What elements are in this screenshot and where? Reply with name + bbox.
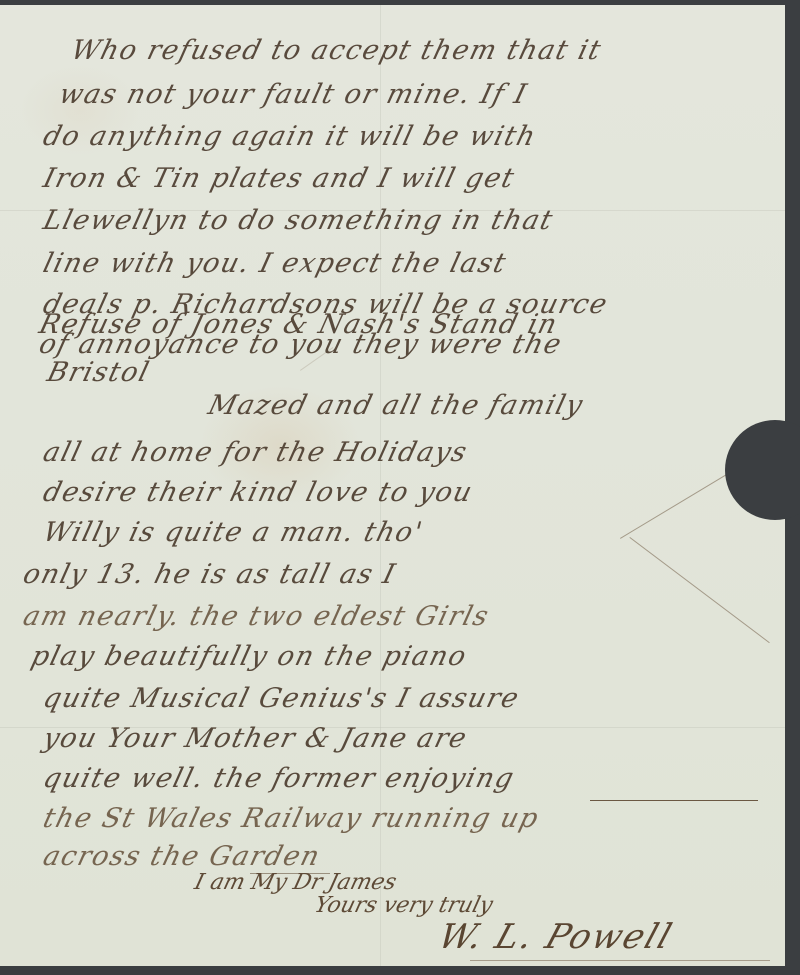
letter-closing-line: I am My Dr James bbox=[192, 870, 399, 895]
underline-mark bbox=[590, 800, 758, 801]
letter-closing-line: Yours very truly bbox=[312, 893, 495, 918]
letter-signature: W. L. Powell bbox=[434, 917, 679, 957]
letter-line: Willy is quite a man. tho' bbox=[40, 517, 426, 548]
letter-line: the St Wales Railway running up bbox=[40, 803, 543, 834]
letter-line: desire their kind love to you bbox=[40, 477, 476, 508]
scan-frame: Who refused to accept them that it was n… bbox=[0, 0, 800, 975]
letter-line: quite Musical Genius's I assure bbox=[40, 683, 523, 714]
pencil-diagonal-mark bbox=[629, 537, 769, 643]
letter-line: Who refused to accept them that it bbox=[68, 35, 605, 66]
signature-flourish bbox=[470, 960, 770, 961]
letter-line: Iron & Tin plates and I will get bbox=[40, 163, 518, 194]
pencil-diagonal-mark bbox=[620, 466, 741, 539]
letter-line: was not your fault or mine. If I bbox=[56, 79, 531, 110]
letter-line: play beautifully on the piano bbox=[28, 641, 470, 672]
letter-line: all at home for the Holidays bbox=[40, 437, 471, 468]
letter-line: line with you. I expect the last bbox=[40, 248, 510, 279]
letter-line: across the Garden bbox=[40, 841, 324, 872]
letter-line: Mazed and all the family bbox=[205, 390, 587, 421]
letter-line: you Your Mother & Jane are bbox=[40, 723, 471, 754]
letter-line: Llewellyn to do something in that bbox=[40, 205, 557, 236]
letter-line: am nearly. the two eldest Girls bbox=[20, 601, 493, 632]
letter-line: do anything again it will be with bbox=[40, 121, 540, 152]
letter-page: Who refused to accept them that it was n… bbox=[0, 5, 785, 966]
letter-line: only 13. he is as tall as I bbox=[20, 559, 399, 590]
letter-line: Refuse of Jones & Nash's Stand in bbox=[36, 309, 561, 340]
letter-line: Bristol bbox=[44, 357, 153, 388]
letter-line: quite well. the former enjoying bbox=[40, 763, 518, 794]
